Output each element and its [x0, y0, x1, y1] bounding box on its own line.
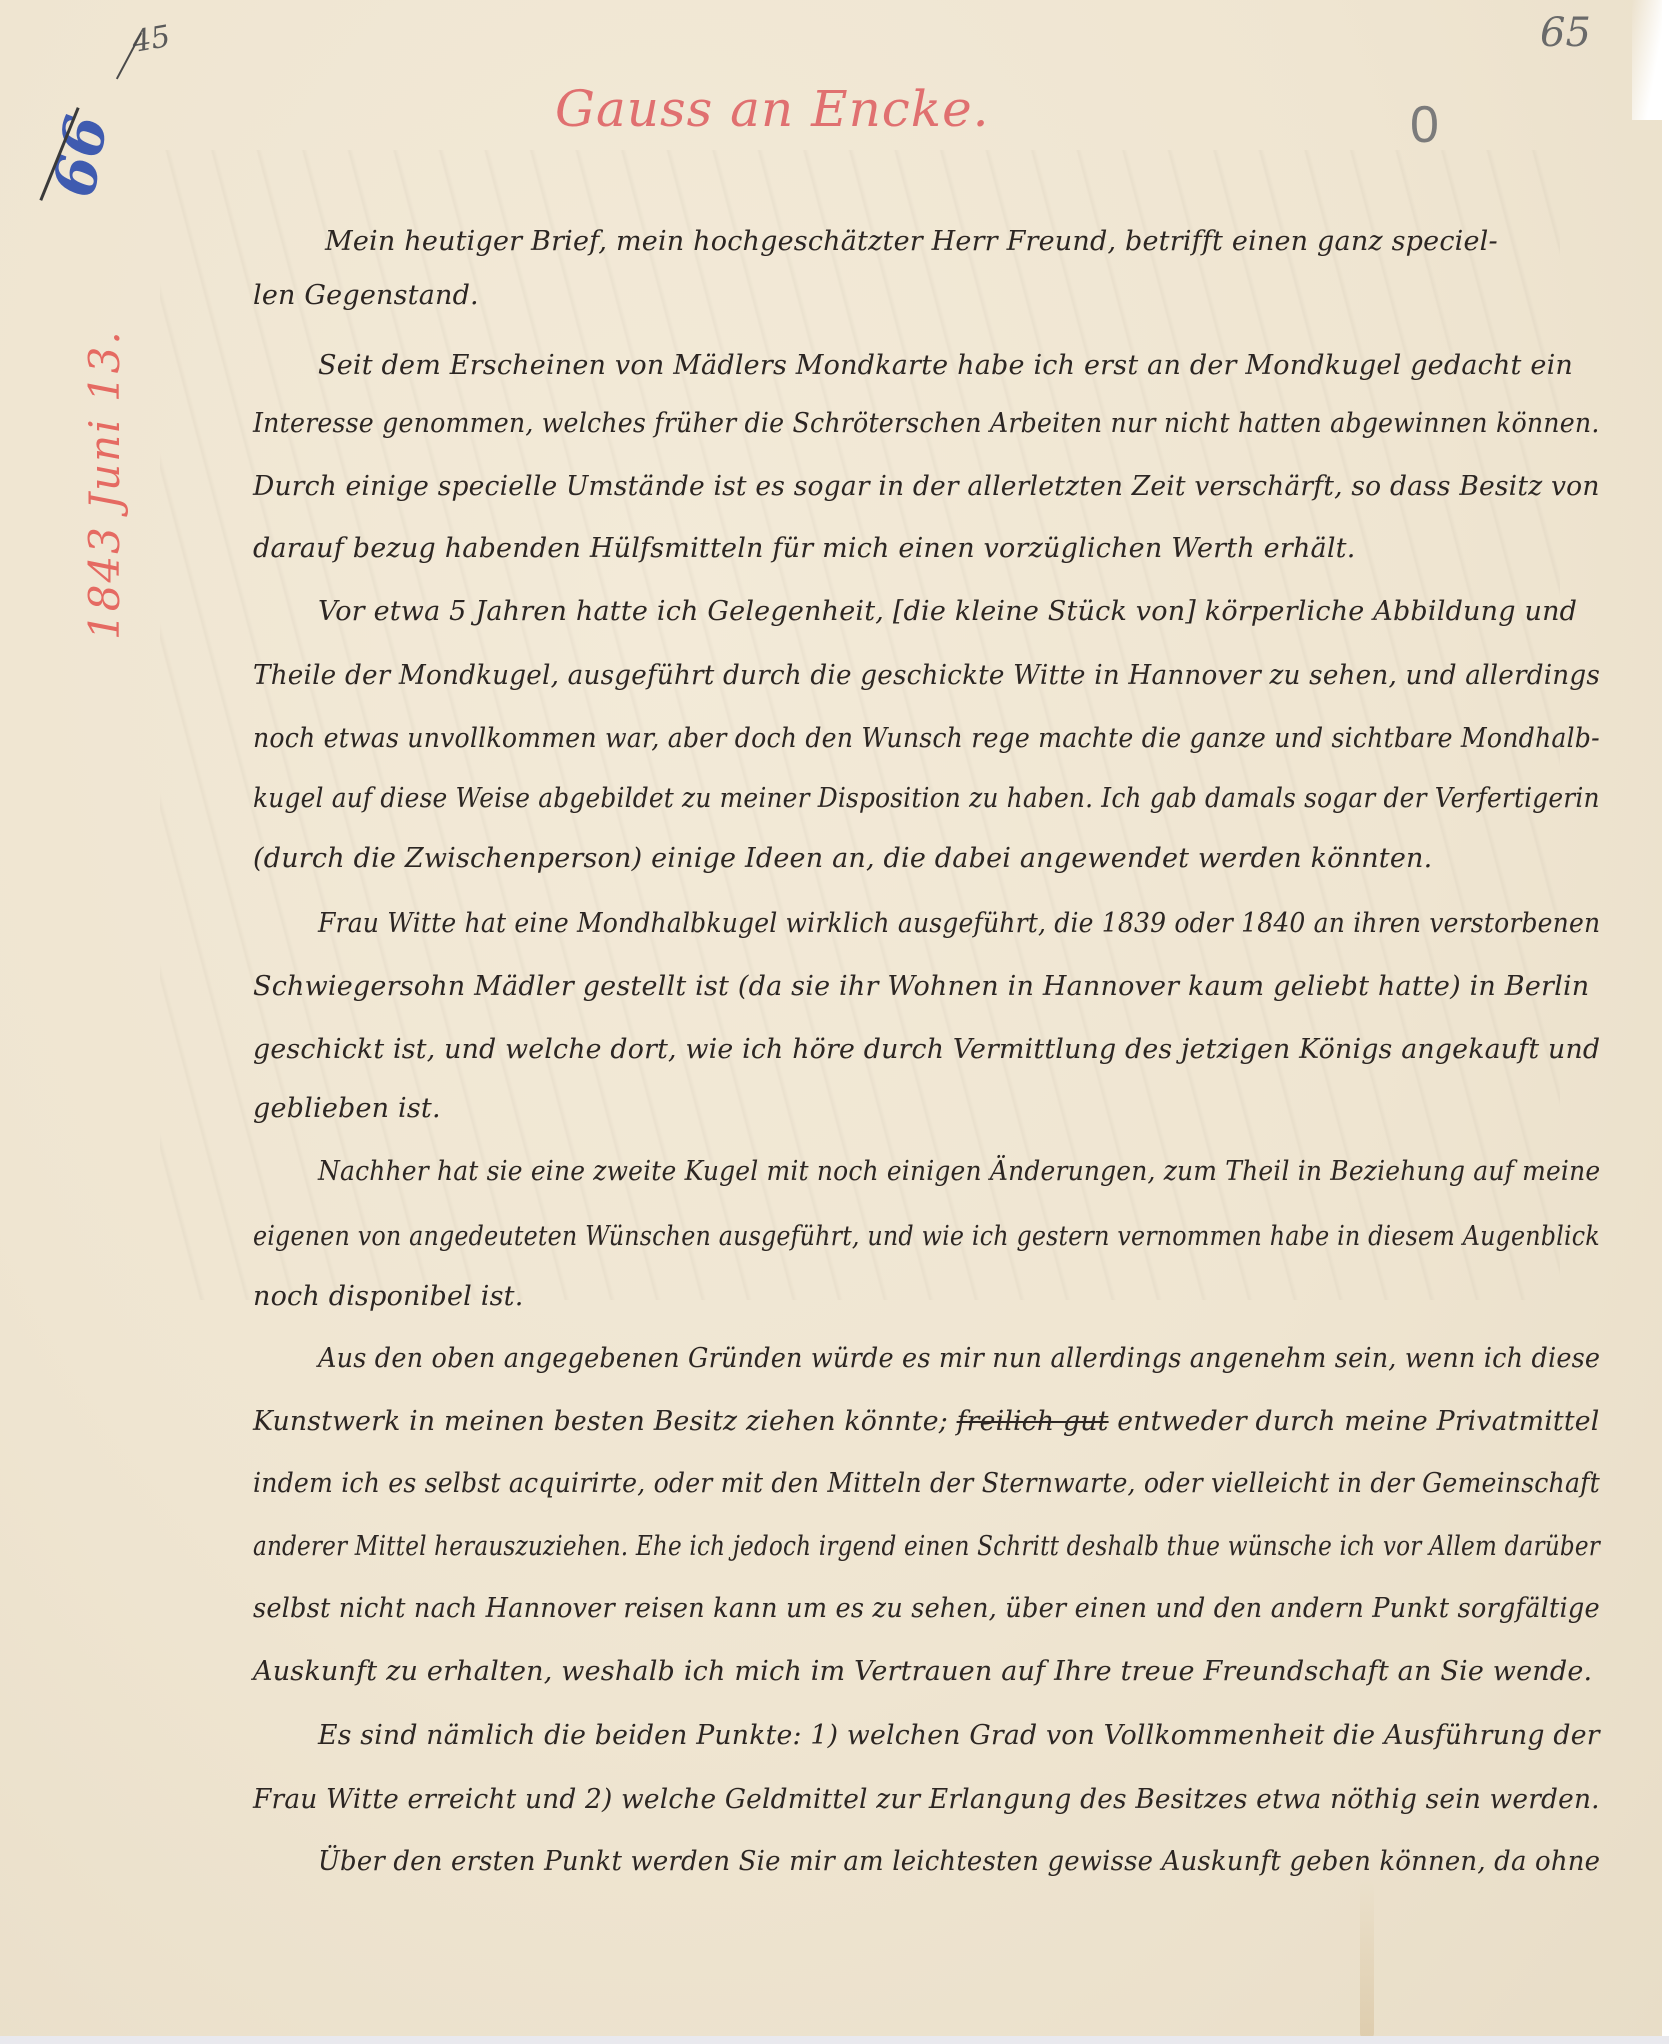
manuscript-line: noch etwas unvollkommen war, aber doch d…	[253, 723, 1600, 754]
manuscript-line: Durch einige specielle Umstände ist es s…	[253, 471, 1600, 502]
manuscript-line: Aus den oben angegebenen Gründen würde e…	[318, 1343, 1600, 1374]
manuscript-line: geblieben ist.	[253, 1093, 441, 1124]
folio-number-top-right: 65	[1540, 10, 1591, 56]
manuscript-line: len Gegenstand.	[253, 280, 479, 311]
manuscript-line: Theile der Mondkugel, ausgeführt durch d…	[253, 660, 1600, 691]
folio-number-blue: 66	[40, 111, 121, 202]
manuscript-line: anderer Mittel herauszuziehen. Ehe ich j…	[253, 1531, 1600, 1562]
letter-title: Gauss an Encke.	[555, 80, 990, 138]
manuscript-line: Über den ersten Punkt werden Sie mir am …	[318, 1846, 1600, 1877]
manuscript-line: geschickt ist, und welche dort, wie ich …	[253, 1034, 1600, 1065]
manuscript-line: Nachher hat sie eine zweite Kugel mit no…	[318, 1156, 1600, 1187]
margin-date-note: 1843 Juni 13.	[80, 329, 129, 640]
manuscript-line: eigenen von angedeuteten Wünschen ausgef…	[253, 1221, 1600, 1252]
scan-bottom-edge	[0, 2036, 1669, 2044]
manuscript-line: Kunstwerk in meinen besten Besitz ziehen…	[253, 1406, 1600, 1437]
manuscript-line: Vor etwa 5 Jahren hatte ich Gelegenheit,…	[318, 596, 1577, 627]
archive-mark: 0	[1410, 95, 1439, 155]
manuscript-line: kugel auf diese Weise abgebildet zu mein…	[253, 783, 1600, 814]
manuscript-line: indem ich es selbst acquirirte, oder mit…	[253, 1468, 1600, 1499]
manuscript-line: Frau Witte erreicht und 2) welche Geldmi…	[253, 1784, 1600, 1815]
manuscript-line: Schwiegersohn Mädler gestellt ist (da si…	[253, 971, 1589, 1002]
manuscript-line: Frau Witte hat eine Mondhalbkugel wirkli…	[318, 908, 1600, 939]
manuscript-line: Seit dem Erscheinen von Mädlers Mondkart…	[318, 350, 1573, 381]
manuscript-line: (durch die Zwischenperson) einige Ideen …	[253, 843, 1432, 874]
torn-corner	[1632, 0, 1662, 120]
manuscript-line: noch disponibel ist.	[253, 1281, 523, 1312]
paper-stain	[1360, 1880, 1374, 2040]
struck-text: freilich gut	[957, 1406, 1109, 1437]
manuscript-line: Mein heutiger Brief, mein hochgeschätzte…	[325, 226, 1498, 257]
manuscript-line: Auskunft zu erhalten, weshalb ich mich i…	[253, 1656, 1592, 1687]
manuscript-line: darauf bezug habenden Hülfsmitteln für m…	[253, 533, 1356, 564]
manuscript-page: 45 66 65 Gauss an Encke. 0 1843 Juni 13.…	[0, 0, 1662, 2038]
manuscript-line: selbst nicht nach Hannover reisen kann u…	[253, 1593, 1600, 1624]
manuscript-line: Es sind nämlich die beiden Punkte: 1) we…	[318, 1720, 1600, 1751]
manuscript-line: Interesse genommen, welches früher die S…	[253, 408, 1600, 439]
